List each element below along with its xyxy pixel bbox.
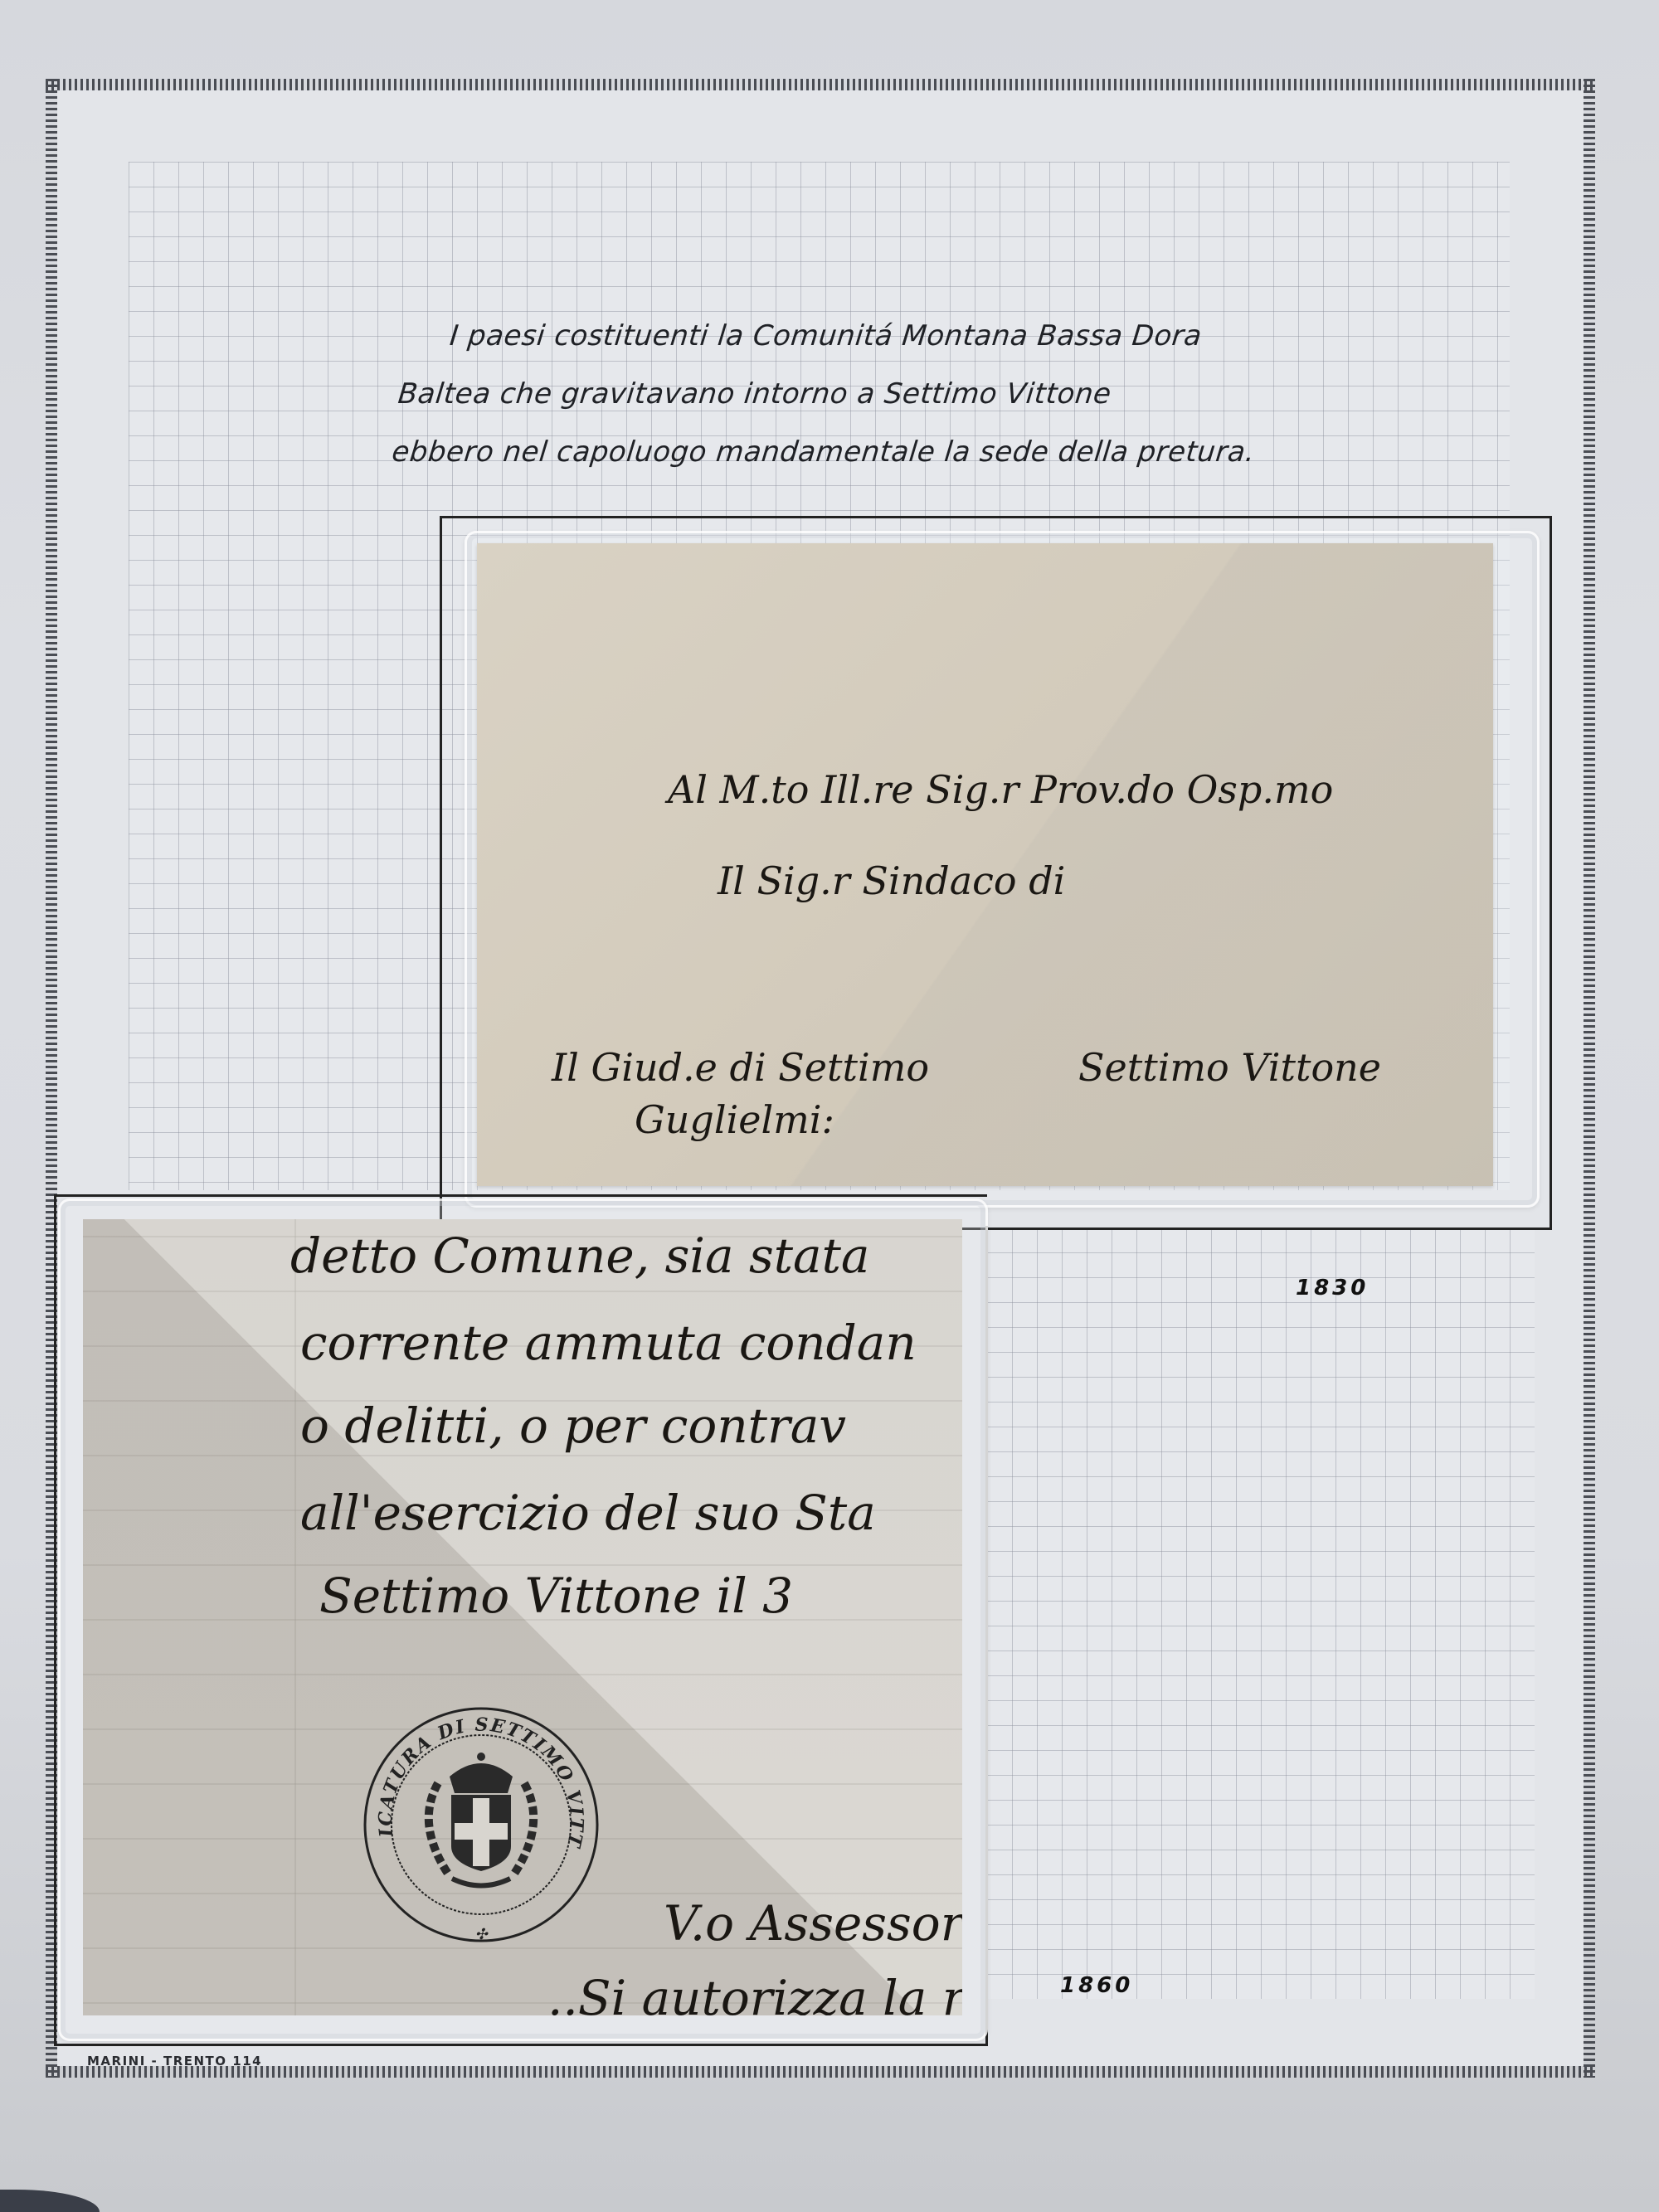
mount-outline-1860-bottom (54, 2044, 987, 2046)
publisher-imprint: MARINI - TRENTO 114 (87, 2054, 262, 2069)
page-heading: I paesi costituenti la Comunitá Montana … (389, 307, 1527, 481)
frame-bottom (46, 2066, 1595, 2078)
address-line-1: Al M.to Ill.re Sig.r Prov.do Osp.mo (668, 767, 1333, 812)
binder-edge (0, 2190, 100, 2212)
heading-line-2: Baltea che gravitavano intorno a Settimo… (395, 365, 1520, 423)
document-1860: detto Comune, sia stata corrente ammuta … (83, 1219, 962, 2015)
text-line-2: corrente ammuta condan (300, 1315, 917, 1371)
text-line-3: o delitti, o per contrav (300, 1398, 846, 1454)
giudicatura-seal-icon: GIUDICATURA DI SETTIMO VITTONE ✣ (357, 1700, 606, 1949)
text-line-7: ..Si autorizza la riu (547, 1970, 962, 2015)
address-line-2: Il Sig.r Sindaco di (718, 858, 1065, 903)
frame-top (46, 79, 1595, 90)
mount-outline-1860-top (54, 1194, 987, 1197)
text-line-5: Settimo Vittone il 3 (319, 1568, 793, 1624)
svg-text:✣: ✣ (474, 1926, 489, 1943)
text-line-6: V.o Assessore il (664, 1895, 962, 1952)
frame-right (1584, 79, 1595, 2078)
text-line-1: detto Comune, sia stata (290, 1228, 870, 1284)
destination: Settimo Vittone (1078, 1045, 1381, 1090)
heading-line-1: I paesi costituenti la Comunitá Montana … (401, 307, 1527, 365)
grid-paper-lower (987, 1228, 1535, 1999)
mount-outline-1860-left (54, 1194, 56, 2044)
year-label-1860: 1860 (1060, 1973, 1133, 1998)
sender-line-1: Il Giud.e di Settimo (552, 1045, 929, 1090)
heading-line-3: ebbero nel capoluogo mandamentale la sed… (389, 423, 1515, 481)
album-page: I paesi costituenti la Comunitá Montana … (0, 0, 1659, 2212)
cover-1830: Al M.to Ill.re Sig.r Prov.do Osp.mo Il S… (477, 543, 1493, 1186)
text-line-4: all'esercizio del suo Sta (300, 1485, 876, 1541)
year-label-1830: 1830 (1296, 1276, 1369, 1300)
sender-line-2: Guglielmi: (635, 1097, 834, 1142)
